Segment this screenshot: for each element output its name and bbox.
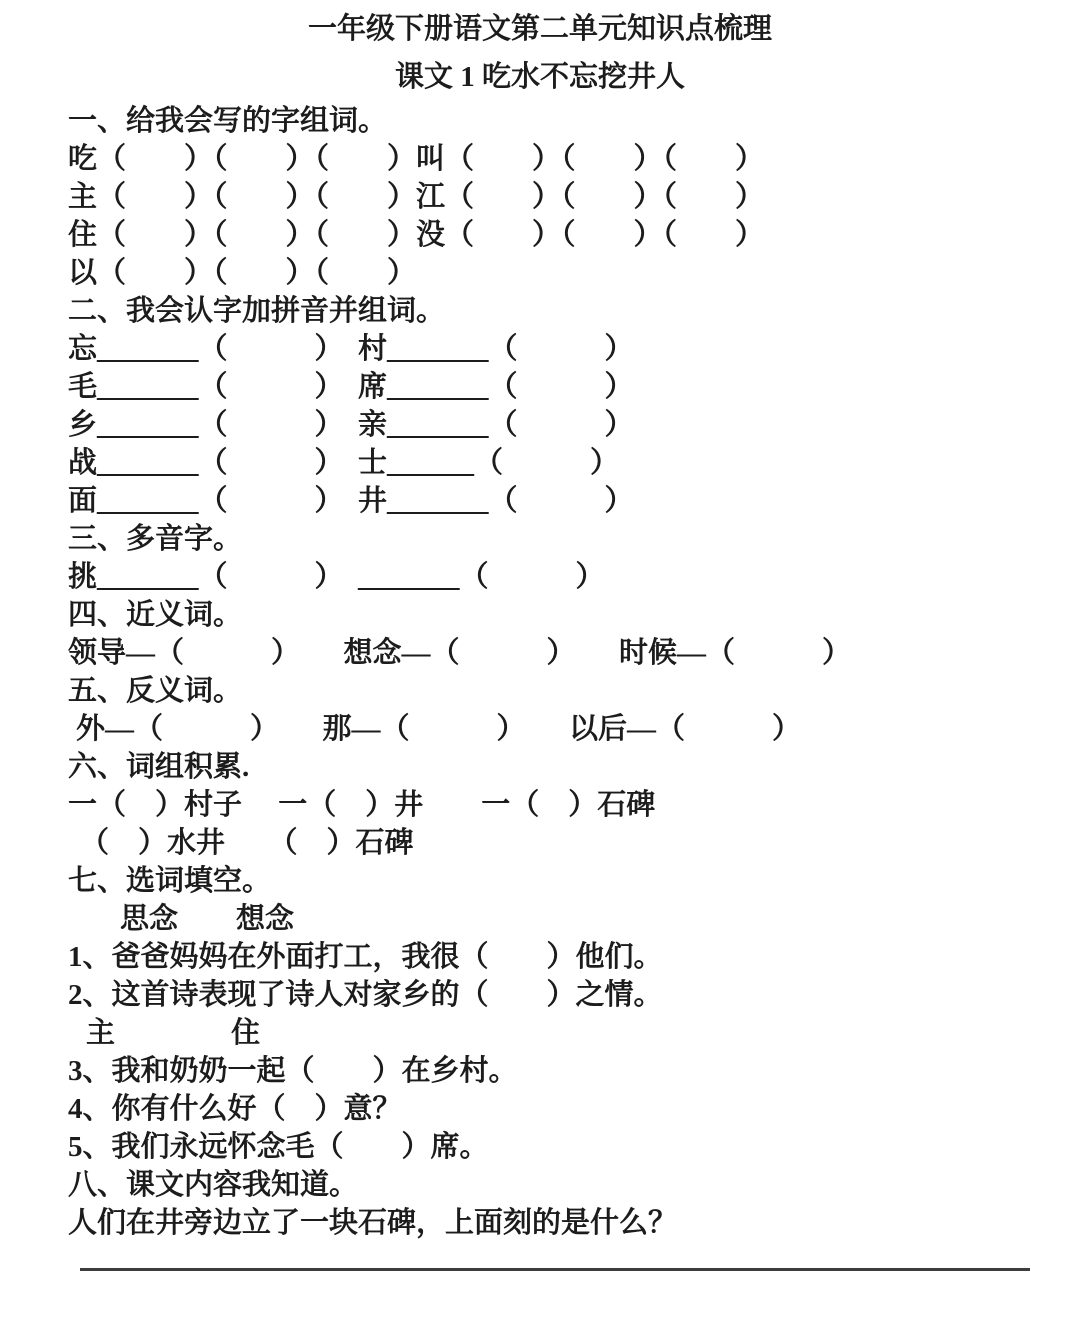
section-8-heading: 八、课文内容我知道。 <box>68 1166 1044 1204</box>
section-4-heading: 四、近义词。 <box>68 596 1044 634</box>
section-7-fill-in-words: 七、选词填空。 思念 想念 1、爸爸妈妈在外面打工，我很（ ）他们。 2、这首诗… <box>68 862 1044 1166</box>
worksheet-content: 一、给我会写的字组词。 吃（ ）（ ）（ ）叫（ ）（ ）（ ） 主（ ）（ ）… <box>0 102 1080 1242</box>
fill-in-sentence: 2、这首诗表现了诗人对家乡的（ ）之情。 <box>68 976 1044 1014</box>
lesson-title: 课文 1 吃水不忘挖井人 <box>0 52 1080 102</box>
synonyms-row: 领导—（ ） 想念—（ ） 时候—（ ） <box>68 634 1044 672</box>
fill-in-sentence: 5、我们永远怀念毛（ ）席。 <box>68 1128 1044 1166</box>
pinyin-word-row: 忘_______（ ） 村_______（ ） <box>68 330 1044 368</box>
section-3-heading: 三、多音字。 <box>68 520 1044 558</box>
section-8-comprehension: 八、课文内容我知道。 人们在井旁边立了一块石碑，上面刻的是什么？ <box>68 1166 1044 1242</box>
word-formation-row: 住（ ）（ ）（ ）没（ ）（ ）（ ） <box>68 216 1044 254</box>
section-4-synonyms: 四、近义词。 领导—（ ） 想念—（ ） 时候—（ ） <box>68 596 1044 672</box>
word-formation-row: 主（ ）（ ）（ ）江（ ）（ ）（ ） <box>68 178 1044 216</box>
phrase-row: 一（ ）村子 一（ ）井 一（ ）石碑 <box>68 786 1044 824</box>
phrase-row: （ ）水井 （ ）石碑 <box>68 824 1044 862</box>
antonyms-row: 外—（ ） 那—（ ） 以后—（ ） <box>68 710 1044 748</box>
word-choice-options: 主 住 <box>68 1014 1044 1052</box>
polyphone-row: 挑_______（ ） _______（ ） <box>68 558 1044 596</box>
section-7-heading: 七、选词填空。 <box>68 862 1044 900</box>
section-1-heading: 一、给我会写的字组词。 <box>68 102 1044 140</box>
worksheet-page: 一年级下册语文第二单元知识点梳理 课文 1 吃水不忘挖井人 一、给我会写的字组词… <box>0 0 1080 1337</box>
pinyin-word-row: 面_______（ ） 井_______（ ） <box>68 482 1044 520</box>
page-title: 一年级下册语文第二单元知识点梳理 <box>0 0 1080 52</box>
comprehension-question: 人们在井旁边立了一块石碑，上面刻的是什么？ <box>68 1204 1044 1242</box>
section-6-phrases: 六、词组积累. 一（ ）村子 一（ ）井 一（ ）石碑 （ ）水井 （ ）石碑 <box>68 748 1044 862</box>
section-5-antonyms: 五、反义词。 外—（ ） 那—（ ） 以后—（ ） <box>68 672 1044 748</box>
section-1-word-formation: 一、给我会写的字组词。 吃（ ）（ ）（ ）叫（ ）（ ）（ ） 主（ ）（ ）… <box>68 102 1044 292</box>
section-2-pinyin-words: 二、我会认字加拼音并组词。 忘_______（ ） 村_______（ ） 毛_… <box>68 292 1044 520</box>
word-formation-row: 吃（ ）（ ）（ ）叫（ ）（ ）（ ） <box>68 140 1044 178</box>
pinyin-word-row: 毛_______（ ） 席_______（ ） <box>68 368 1044 406</box>
fill-in-sentence: 1、爸爸妈妈在外面打工，我很（ ）他们。 <box>68 938 1044 976</box>
section-6-heading: 六、词组积累. <box>68 748 1044 786</box>
pinyin-word-row: 乡_______（ ） 亲_______（ ） <box>68 406 1044 444</box>
section-3-polyphone: 三、多音字。 挑_______（ ） _______（ ） <box>68 520 1044 596</box>
word-choice-options: 思念 想念 <box>68 900 1044 938</box>
fill-in-sentence: 4、你有什么好（ ）意？ <box>68 1090 1044 1128</box>
fill-in-sentence: 3、我和奶奶一起（ ）在乡村。 <box>68 1052 1044 1090</box>
answer-line-divider <box>80 1268 1030 1271</box>
section-2-heading: 二、我会认字加拼音并组词。 <box>68 292 1044 330</box>
pinyin-word-row: 战_______（ ） 士______（ ） <box>68 444 1044 482</box>
section-5-heading: 五、反义词。 <box>68 672 1044 710</box>
word-formation-row: 以（ ）（ ）（ ） <box>68 254 1044 292</box>
